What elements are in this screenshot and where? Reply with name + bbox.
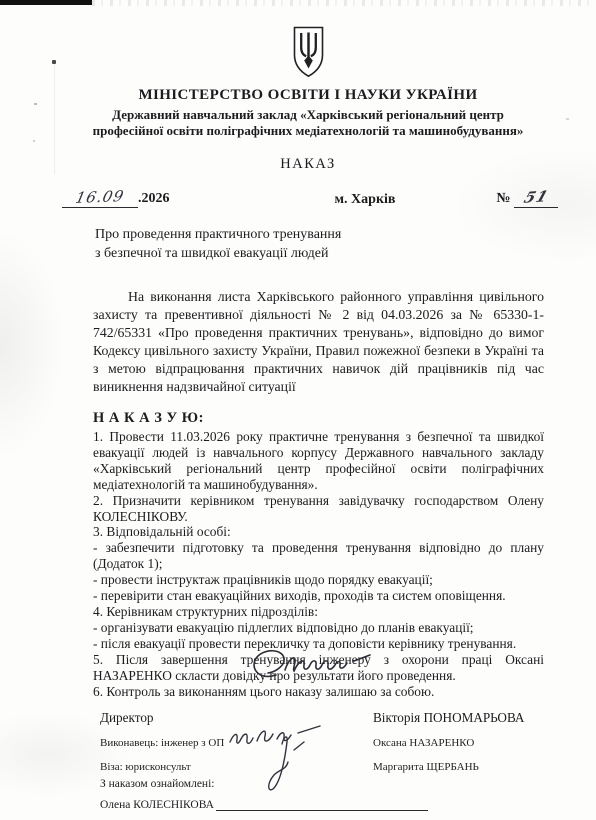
printed-year: .2026: [138, 191, 170, 206]
date-field: 16.09.2026: [62, 188, 230, 208]
order-item: - перевірити стан евакуаційних виходів, …: [93, 588, 544, 604]
order-item: 1. Провести 11.03.2026 року практичне тр…: [93, 429, 544, 493]
ukraine-trident-emblem-icon: [293, 26, 324, 78]
order-items: 1. Провести 11.03.2026 року практичне тр…: [93, 429, 544, 699]
visa-row: Віза: юрисконсульт Маргарита ЩЕРБАНЬ: [100, 761, 556, 774]
visa-name: Маргарита ЩЕРБАНЬ: [373, 761, 479, 773]
acknowledged-name: Олена КОЛЕСНІКОВА: [100, 799, 214, 811]
order-subject: Про проведення практичного тренування з …: [95, 225, 544, 263]
number-sign: №: [496, 191, 510, 206]
executor-row: Виконавець: інженер з ОП Оксана НАЗАРЕНК…: [100, 737, 556, 752]
order-item: - забезпечити підготовку та проведення т…: [93, 540, 544, 572]
city-label: м. Харків: [244, 192, 486, 208]
institution-name: Державний навчальний заклад «Харківський…: [10, 107, 596, 139]
acknowledged-label: З наказом ознайомлені:: [100, 778, 214, 790]
director-label: Директор: [100, 710, 154, 725]
order-item: - провести інструктаж працівників щодо п…: [93, 572, 544, 588]
order-item: 6. Контроль за виконанням цього наказу з…: [93, 684, 544, 700]
acknowledged-label-row: З наказом ознайомлені:: [100, 778, 556, 792]
order-item: - організувати евакуацію підлеглих відпо…: [93, 620, 544, 636]
number-underline: 51: [514, 188, 558, 208]
handwritten-date: 16.09: [74, 187, 126, 207]
order-item: 4. Керівникам структурних підрозділів:: [93, 604, 544, 620]
director-name: Вікторія ПОНОМАРЬОВА: [373, 710, 524, 726]
document-header: МІНІСТЕРСТВО ОСВІТИ І НАУКИ УКРАЇНИ Держ…: [10, 0, 596, 173]
subject-line-2: з безпечної та швидкої евакуації людей: [95, 244, 544, 263]
scanned-order-document: МІНІСТЕРСТВО ОСВІТИ І НАУКИ УКРАЇНИ Держ…: [0, 0, 596, 820]
executor-name: Оксана НАЗАРЕНКО: [373, 737, 474, 749]
order-item: 5. Після завершення тренування інженеру …: [93, 652, 544, 684]
intro-paragraph: На виконання листа Харківського районног…: [93, 288, 544, 396]
order-item: 3. Відповідальній особі:: [93, 524, 544, 540]
ministry-title: МІНІСТЕРСТВО ОСВІТИ І НАУКИ УКРАЇНИ: [10, 87, 596, 104]
order-item: 2. Призначити керівником тренування заві…: [93, 493, 544, 525]
institution-line-1: Державний навчальний заклад «Харківський…: [10, 107, 596, 123]
institution-line-2: професійної освіти поліграфічних медіате…: [10, 123, 596, 139]
dateline: 16.09.2026 м. Харків № 51: [0, 188, 596, 208]
signature-block: Директор Вікторія ПОНОМАРЬОВА Виконавець…: [0, 710, 596, 811]
date-underline: 16.09: [62, 188, 138, 208]
executor-label: Виконавець: інженер з ОП: [100, 737, 224, 749]
handwritten-number: 51: [521, 187, 550, 207]
subject-line-1: Про проведення практичного тренування: [95, 225, 544, 244]
visa-label: Віза: юрисконсульт: [100, 761, 191, 773]
order-heading: Н А К А З У Ю:: [93, 410, 544, 427]
order-item: - після евакуації провести перекличку та…: [93, 636, 544, 652]
signature-blank-line: [216, 798, 428, 811]
director-signature-row: Директор Вікторія ПОНОМАРЬОВА: [100, 710, 556, 728]
acknowledged-name-row: Олена КОЛЕСНІКОВА: [100, 795, 556, 811]
document-type-title: НАКАЗ: [10, 156, 596, 173]
